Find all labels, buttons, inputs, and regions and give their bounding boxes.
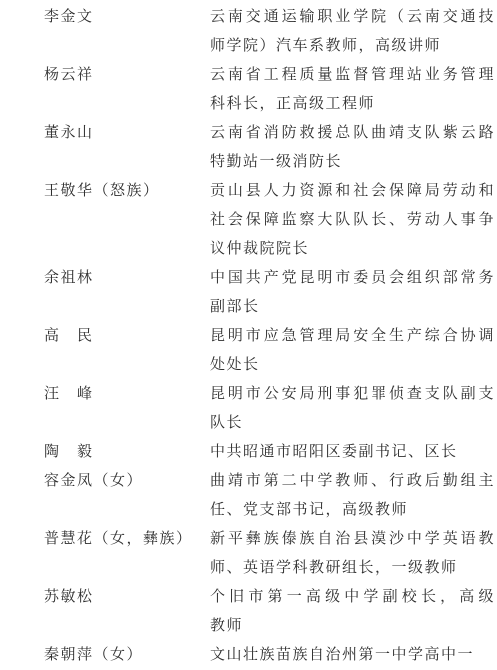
person-name: 普慧花（女，彝族） xyxy=(44,525,210,554)
roster-entry: 秦朝萍（女） 文山壮族苗族自治州第一中学高中一 xyxy=(44,641,497,670)
person-position: 文山壮族苗族自治州第一中学高中一 xyxy=(210,641,495,670)
position-line: 议仲裁院院长 xyxy=(210,235,495,264)
person-name: 高 民 xyxy=(44,322,210,351)
roster-entry: 李金文 云南交通运输职业学院（云南交通技师学院）汽车系教师，高级讲师 xyxy=(44,3,497,61)
person-position: 云南省消防救援总队曲靖支队紫云路特勤站一级消防长 xyxy=(210,119,495,177)
position-line: 曲靖市第二中学教师、行政后勤组主 xyxy=(210,467,495,496)
position-line: 队长 xyxy=(210,409,495,438)
position-line: 昆明市应急管理局安全生产综合协调 xyxy=(210,322,495,351)
position-line: 副部长 xyxy=(210,293,495,322)
person-name: 苏敏松 xyxy=(44,583,210,612)
roster-entry: 汪 峰 昆明市公安局刑事犯罪侦查支队副支队长 xyxy=(44,380,497,438)
person-name: 汪 峰 xyxy=(44,380,210,409)
person-position: 贡山县人力资源和社会保障局劳动和社会保障监察大队队长、劳动人事争议仲裁院院长 xyxy=(210,177,495,264)
person-position: 曲靖市第二中学教师、行政后勤组主任、党支部书记，高级教师 xyxy=(210,467,495,525)
person-position: 中共昭通市昭阳区委副书记、区长 xyxy=(210,438,495,467)
roster-entry: 余祖林 中国共产党昆明市委员会组织部常务副部长 xyxy=(44,264,497,322)
person-name: 董永山 xyxy=(44,119,210,148)
position-line: 师、英语学科教研组长，一级教师 xyxy=(210,554,495,583)
document-page: 李金文 云南交通运输职业学院（云南交通技师学院）汽车系教师，高级讲师 杨云祥 云… xyxy=(0,0,497,670)
person-name: 陶 毅 xyxy=(44,438,210,467)
person-name: 容金凤（女） xyxy=(44,467,210,496)
person-position: 新平彝族傣族自治县漠沙中学英语教师、英语学科教研组长，一级教师 xyxy=(210,525,495,583)
person-position: 云南省工程质量监督管理站业务管理科科长，正高级工程师 xyxy=(210,61,495,119)
roster-entry: 董永山 云南省消防救援总队曲靖支队紫云路特勤站一级消防长 xyxy=(44,119,497,177)
person-position: 昆明市公安局刑事犯罪侦查支队副支队长 xyxy=(210,380,495,438)
position-line: 科科长，正高级工程师 xyxy=(210,90,495,119)
roster-entry: 容金凤（女） 曲靖市第二中学教师、行政后勤组主任、党支部书记，高级教师 xyxy=(44,467,497,525)
person-position: 个旧市第一高级中学副校长，高级教师 xyxy=(210,583,495,641)
position-line: 个旧市第一高级中学副校长，高级 xyxy=(210,583,495,612)
position-line: 新平彝族傣族自治县漠沙中学英语教 xyxy=(210,525,495,554)
person-name: 李金文 xyxy=(44,3,210,32)
roster-entry: 王敬华（怒族） 贡山县人力资源和社会保障局劳动和社会保障监察大队队长、劳动人事争… xyxy=(44,177,497,264)
position-line: 师学院）汽车系教师，高级讲师 xyxy=(210,32,495,61)
position-line: 中国共产党昆明市委员会组织部常务 xyxy=(210,264,495,293)
position-line: 文山壮族苗族自治州第一中学高中一 xyxy=(210,641,495,670)
person-name: 杨云祥 xyxy=(44,61,210,90)
position-line: 云南省工程质量监督管理站业务管理 xyxy=(210,61,495,90)
position-line: 中共昭通市昭阳区委副书记、区长 xyxy=(210,438,495,467)
position-line: 昆明市公安局刑事犯罪侦查支队副支 xyxy=(210,380,495,409)
roster-entry: 苏敏松 个旧市第一高级中学副校长，高级教师 xyxy=(44,583,497,641)
award-roster-list: 李金文 云南交通运输职业学院（云南交通技师学院）汽车系教师，高级讲师 杨云祥 云… xyxy=(44,3,497,670)
person-name: 王敬华（怒族） xyxy=(44,177,210,206)
position-line: 特勤站一级消防长 xyxy=(210,148,495,177)
person-name: 余祖林 xyxy=(44,264,210,293)
position-line: 贡山县人力资源和社会保障局劳动和 xyxy=(210,177,495,206)
person-position: 云南交通运输职业学院（云南交通技师学院）汽车系教师，高级讲师 xyxy=(210,3,495,61)
roster-entry: 普慧花（女，彝族） 新平彝族傣族自治县漠沙中学英语教师、英语学科教研组长，一级教… xyxy=(44,525,497,583)
roster-entry: 高 民 昆明市应急管理局安全生产综合协调处处长 xyxy=(44,322,497,380)
person-name: 秦朝萍（女） xyxy=(44,641,210,670)
position-line: 处处长 xyxy=(210,351,495,380)
position-line: 社会保障监察大队队长、劳动人事争 xyxy=(210,206,495,235)
person-position: 中国共产党昆明市委员会组织部常务副部长 xyxy=(210,264,495,322)
position-line: 任、党支部书记，高级教师 xyxy=(210,496,495,525)
roster-entry: 杨云祥 云南省工程质量监督管理站业务管理科科长，正高级工程师 xyxy=(44,61,497,119)
person-position: 昆明市应急管理局安全生产综合协调处处长 xyxy=(210,322,495,380)
position-line: 教师 xyxy=(210,612,495,641)
position-line: 云南交通运输职业学院（云南交通技 xyxy=(210,3,495,32)
position-line: 云南省消防救援总队曲靖支队紫云路 xyxy=(210,119,495,148)
roster-entry: 陶 毅 中共昭通市昭阳区委副书记、区长 xyxy=(44,438,497,467)
